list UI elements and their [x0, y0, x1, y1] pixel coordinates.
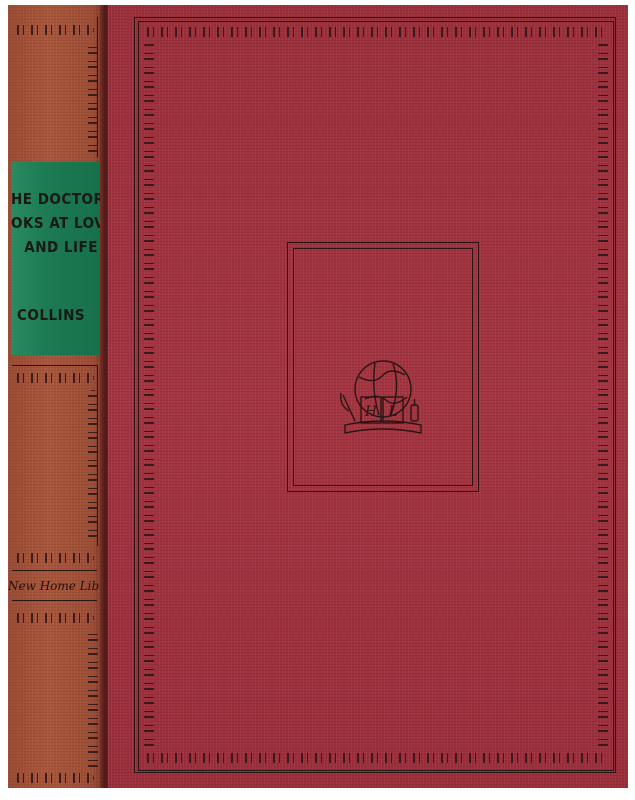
spine-middle-bottom-ornament: [14, 553, 94, 563]
spine-top-frame: [12, 17, 98, 157]
cover-bottom-ornament: [144, 753, 606, 763]
spine-title-line-1: HE DOCTOR: [11, 190, 100, 208]
spine-publisher-rule-bottom: [12, 600, 97, 601]
book-spine: HE DOCTOR OKS AT LOVE AND LIFE COLLINS N…: [8, 5, 108, 788]
spine-bottom-side-ornament: [88, 630, 98, 770]
cover-left-ornament: [144, 41, 154, 749]
spine-title-line-3: AND LIFE: [11, 238, 100, 256]
spine-title-label: HE DOCTOR OKS AT LOVE AND LIFE COLLINS: [11, 162, 100, 355]
spine-bottom-ornament: [14, 773, 94, 783]
cover-top-ornament: [144, 27, 606, 37]
spine-title-line-2: OKS AT LOVE: [11, 214, 100, 232]
spine-publisher: New Home Library: [8, 575, 100, 597]
book-front-cover: H L: [108, 5, 628, 788]
spine-middle-side-ornament: [88, 390, 98, 540]
cover-right-ornament: [598, 41, 608, 749]
spine-top-ornament: [14, 25, 94, 35]
emblem-letter-h: H: [364, 404, 378, 420]
book: HE DOCTOR OKS AT LOVE AND LIFE COLLINS N…: [8, 5, 628, 788]
emblem-letter-l: L: [387, 404, 397, 420]
spine-middle-frame: [12, 365, 98, 546]
spine-publisher-rule-top: [12, 570, 97, 571]
cover-center-panel: H L: [287, 242, 479, 492]
home-library-emblem-icon: H L: [335, 355, 431, 443]
spine-top-side-ornament: [88, 40, 98, 155]
spine-author: COLLINS: [11, 306, 100, 324]
spine-bottom-top-ornament: [14, 613, 94, 623]
spine-middle-top-ornament: [14, 373, 94, 383]
